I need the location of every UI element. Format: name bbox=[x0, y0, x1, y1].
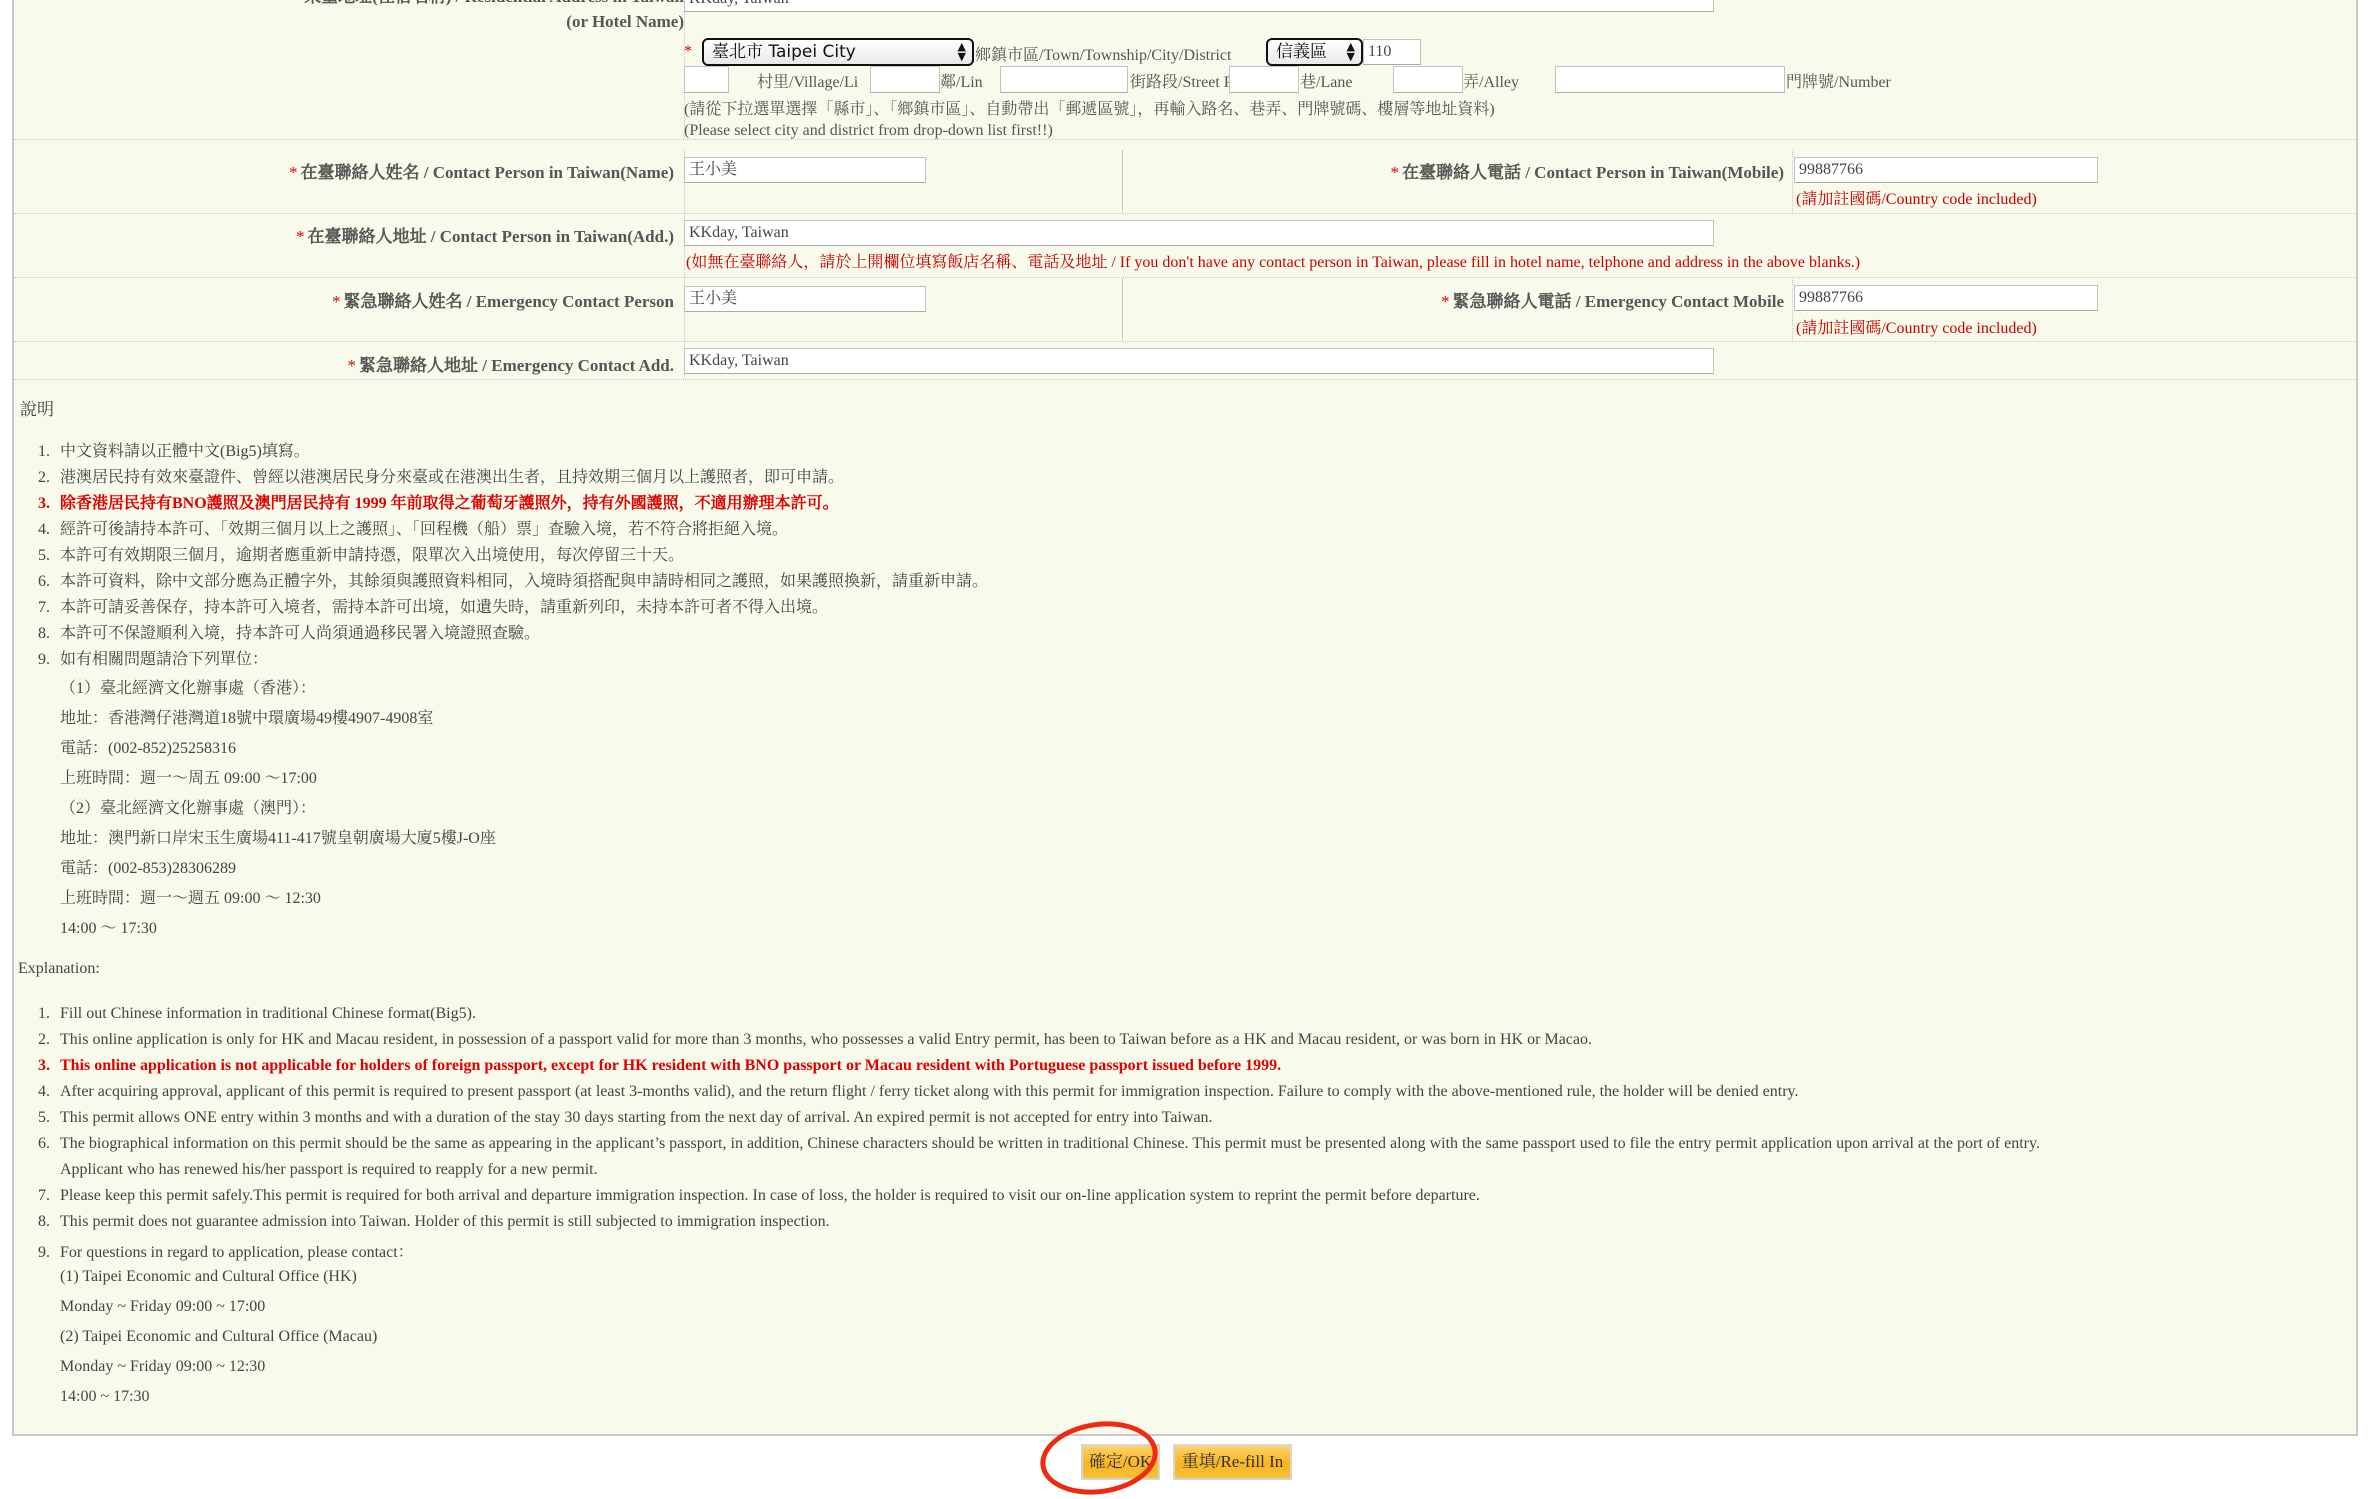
list-item: 4.After acquiring approval, applicant of… bbox=[38, 1083, 1799, 1101]
list-item: 1.Fill out Chinese information in tradit… bbox=[38, 1005, 476, 1023]
contact-name-label: *在臺聯絡人姓名 / Contact Person in Taiwan(Name… bbox=[289, 158, 674, 183]
contact-address-input[interactable]: KKday, Taiwan bbox=[684, 220, 1714, 246]
list-item: 6.The biographical information on this p… bbox=[38, 1135, 2040, 1153]
list-item: 2.港澳居民持有效來臺證件、曾經以港澳居民身分來臺或在港澳出生者，且持效期三個月… bbox=[38, 464, 844, 487]
office-macau-hours-zh: 上班時間：週一～週五 09:00 ～ 12:30 bbox=[60, 885, 321, 908]
lin-input[interactable] bbox=[870, 66, 940, 93]
office-macau-hours2-en: 14:00 ~ 17:30 bbox=[60, 1388, 150, 1406]
office-hk-title-zh: （1）臺北經濟文化辦事處（香港）： bbox=[60, 675, 316, 698]
number-input[interactable] bbox=[1555, 66, 1785, 93]
office-hk-address-zh: 地址：香港灣仔港灣道18號中環廣場49樓4907-4908室 bbox=[60, 705, 433, 728]
lane-label: 巷/Lane bbox=[1300, 69, 1352, 92]
address-hint-zh: (請從下拉選單選擇「縣市」、「鄉鎮市區」、自動帶出「郵遞區號」，再輸入路名、巷弄… bbox=[684, 96, 1495, 119]
list-item: 2.This online application is only for HK… bbox=[38, 1031, 1592, 1049]
office-hk-phone-zh: 電話：(002-852)25258316 bbox=[60, 735, 236, 758]
office-macau-address-zh: 地址：澳門新口岸宋玉生廣場411-417號皇朝廣場大廈5樓J-O座 bbox=[60, 825, 496, 848]
district-select[interactable]: 信義區 ▲▼ bbox=[1266, 38, 1363, 66]
select-arrows-icon: ▲▼ bbox=[958, 42, 966, 62]
postal-code-input[interactable]: 110 bbox=[1363, 39, 1421, 65]
street-input[interactable] bbox=[1000, 66, 1128, 93]
list-item: 7.Please keep this permit safely.This pe… bbox=[38, 1187, 1480, 1205]
list-item: 4.經許可後請持本許可、「效期三個月以上之護照」、「回程機（船）票」查驗入境，若… bbox=[38, 516, 788, 539]
required-mark: * bbox=[684, 43, 692, 61]
list-item: 1.中文資料請以正體中文(Big5)填寫。 bbox=[38, 438, 310, 461]
office-macau-hours2-zh: 14:00 ～ 17:30 bbox=[60, 915, 157, 938]
village-label: 村里/Village/Li bbox=[757, 69, 858, 92]
lin-label: 鄰/Lin bbox=[940, 69, 983, 92]
office-hk-hours-zh: 上班時間：週一～周五 09:00 ～17:00 bbox=[60, 765, 317, 788]
list-item: 3.除香港居民持有BNO護照及澳門居民持有 1999 年前取得之葡萄牙護照外，持… bbox=[38, 490, 839, 513]
emergency-address-input[interactable]: KKday, Taiwan bbox=[684, 348, 1714, 374]
residential-address-input[interactable]: KKday, Taiwan bbox=[684, 0, 1714, 12]
list-item: 6.本許可資料，除中文部分應為正體字外，其餘須與護照資料相同，入境時須搭配與申請… bbox=[38, 568, 988, 591]
office-macau-phone-zh: 電話：(002-853)28306289 bbox=[60, 855, 236, 878]
city-select[interactable]: 臺北市 Taipei City ▲▼ bbox=[702, 38, 974, 66]
office-hk-title-en: (1) Taipei Economic and Cultural Office … bbox=[60, 1268, 357, 1286]
contact-mobile-note: (請加註國碼/Country code included) bbox=[1796, 186, 2037, 209]
address-hint-en: (Please select city and district from dr… bbox=[684, 122, 1053, 140]
explanation-zh-title: 說明 bbox=[20, 395, 54, 420]
number-label: 門牌號/Number bbox=[1786, 69, 1891, 92]
lane-input[interactable] bbox=[1229, 66, 1299, 93]
village-input[interactable] bbox=[684, 66, 729, 93]
emergency-name-input[interactable]: 王小美 bbox=[684, 286, 926, 312]
emergency-mobile-label: *緊急聯絡人電話 / Emergency Contact Mobile bbox=[1441, 287, 1784, 312]
ok-button[interactable]: 確定/OK bbox=[1081, 1444, 1160, 1480]
list-item: 9.For questions in regard to application… bbox=[38, 1239, 414, 1262]
refill-button[interactable]: 重填/Re-fill In bbox=[1173, 1444, 1292, 1480]
residential-address-label: 來臺地址(住宿名稱) / Residential Address in Taiw… bbox=[304, 0, 684, 34]
list-item: 8.This permit does not guarantee admissi… bbox=[38, 1213, 830, 1231]
list-item: 3.This online application is not applica… bbox=[38, 1057, 1281, 1075]
list-item: Applicant who has renewed his/her passpo… bbox=[38, 1161, 598, 1179]
office-macau-title-en: (2) Taipei Economic and Cultural Office … bbox=[60, 1328, 377, 1346]
emergency-mobile-note: (請加註國碼/Country code included) bbox=[1796, 315, 2037, 338]
list-item: 5.本許可有效期限三個月，逾期者應重新申請持憑，限單次入出境使用，每次停留三十天… bbox=[38, 542, 684, 565]
alley-label: 弄/Alley bbox=[1463, 69, 1519, 92]
contact-name-input[interactable]: 王小美 bbox=[684, 157, 926, 183]
office-macau-title-zh: （2）臺北經濟文化辦事處（澳門）： bbox=[60, 795, 316, 818]
select-arrows-icon: ▲▼ bbox=[1347, 42, 1355, 62]
contact-mobile-label: *在臺聯絡人電話 / Contact Person in Taiwan(Mobi… bbox=[1390, 158, 1784, 183]
emergency-address-label: *緊急聯絡人地址 / Emergency Contact Add. bbox=[348, 351, 674, 376]
contact-address-note: (如無在臺聯絡人，請於上開欄位填寫飯店名稱、電話及地址 / If you don… bbox=[686, 249, 1860, 272]
contact-mobile-input[interactable]: 99887766 bbox=[1794, 157, 2098, 183]
list-item: 5.This permit allows ONE entry within 3 … bbox=[38, 1109, 1213, 1127]
list-item: 8.本許可不保證順利入境，持本許可人尚須通過移民署入境證照查驗。 bbox=[38, 620, 540, 643]
alley-input[interactable] bbox=[1393, 66, 1463, 93]
emergency-name-label: *緊急聯絡人姓名 / Emergency Contact Person bbox=[332, 287, 674, 312]
emergency-mobile-input[interactable]: 99887766 bbox=[1794, 285, 2098, 311]
district-label: 鄉鎮市區/Town/Township/City/District bbox=[975, 42, 1231, 65]
list-item: 9.如有相關問題請洽下列單位： bbox=[38, 646, 268, 669]
office-macau-hours-en: Monday ~ Friday 09:00 ~ 12:30 bbox=[60, 1358, 265, 1376]
contact-address-label: *在臺聯絡人地址 / Contact Person in Taiwan(Add.… bbox=[296, 222, 674, 247]
explanation-en-title: Explanation: bbox=[18, 960, 100, 978]
list-item: 7.本許可請妥善保存，持本許可入境者，需持本許可出境，如遺失時，請重新列印，未持… bbox=[38, 594, 828, 617]
office-hk-hours-en: Monday ~ Friday 09:00 ~ 17:00 bbox=[60, 1298, 265, 1316]
